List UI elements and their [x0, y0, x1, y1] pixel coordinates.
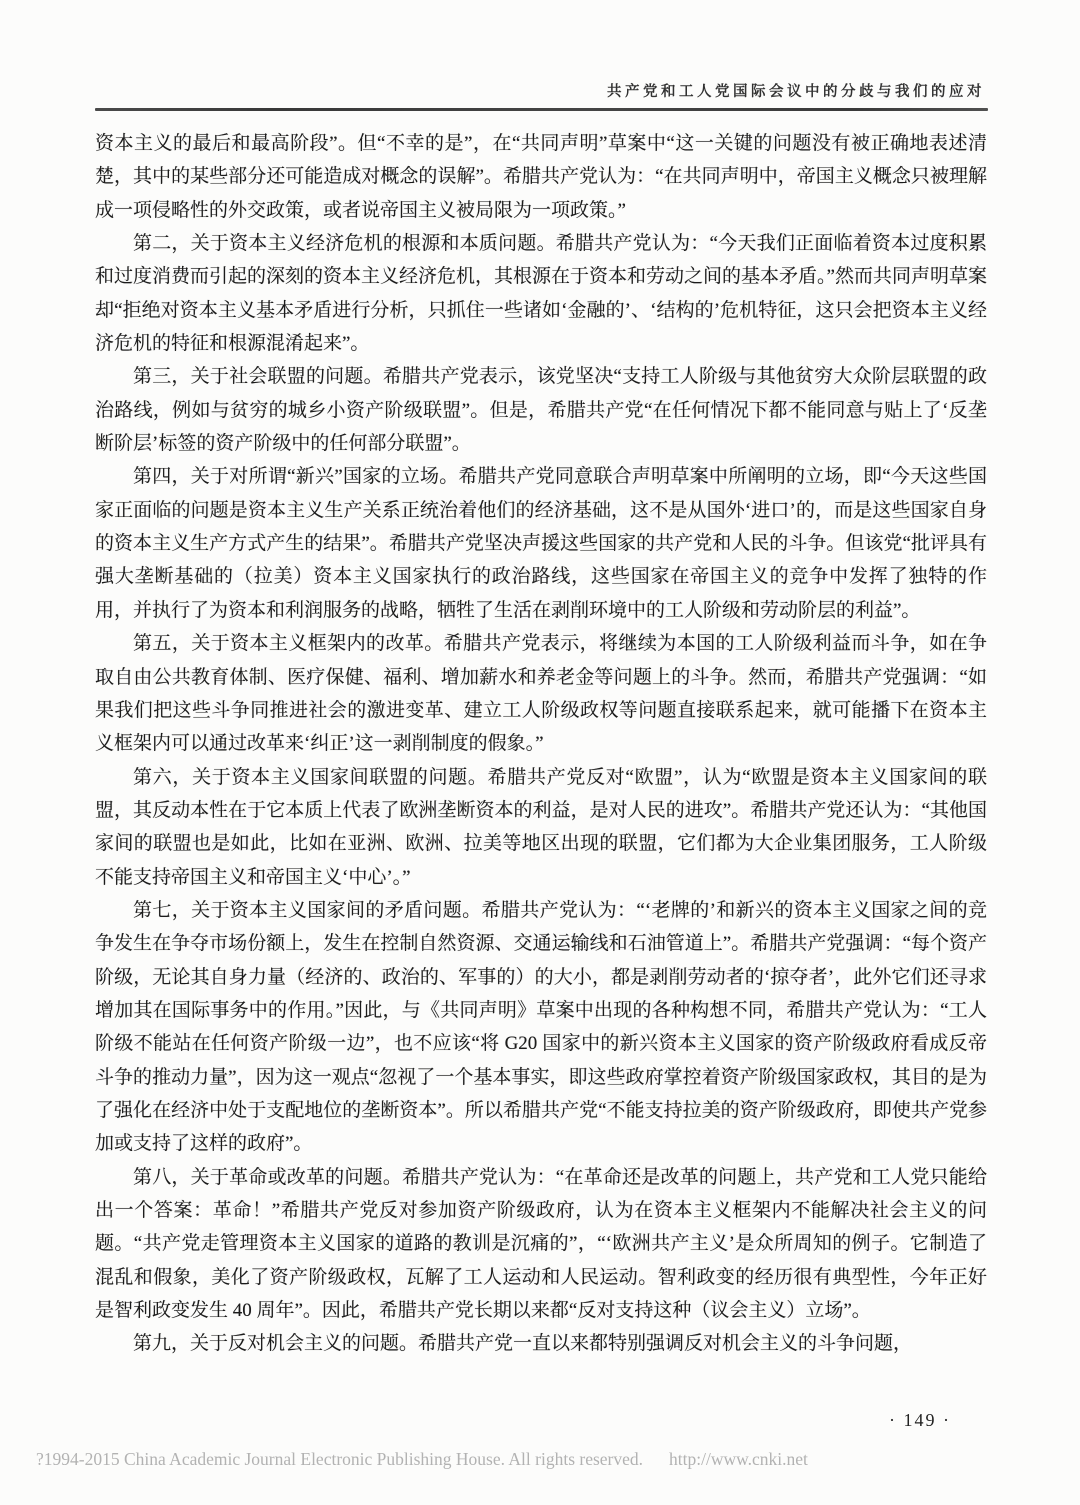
copyright-footer: ?1994-2015 China Academic Journal Electr… — [36, 1449, 1046, 1470]
paragraph-point-7: 第七，关于资本主义国家间的矛盾问题。希腊共产党认为：“‘老牌的’和新兴的资本主义… — [95, 894, 987, 1161]
journal-page: 共产党和工人党国际会议中的分歧与我们的应对 资本主义的最后和最高阶段”。但“不幸… — [0, 0, 1080, 1505]
paragraph-point-4: 第四，关于对所谓“新兴”国家的立场。希腊共产党同意联合声明草案中所阐明的立场，即… — [95, 460, 987, 627]
article-body: 资本主义的最后和最高阶段”。但“不幸的是”，在“共同声明”草案中“这一关键的问题… — [95, 127, 987, 1361]
copyright-text: ?1994-2015 China Academic Journal Electr… — [36, 1449, 643, 1469]
paragraph-point-2: 第二，关于资本主义经济危机的根源和本质问题。希腊共产党认为：“今天我们正面临着资… — [95, 227, 987, 360]
running-title: 共产党和工人党国际会议中的分歧与我们的应对 — [95, 80, 985, 101]
header-rule — [95, 108, 988, 111]
paragraph-continuation: 资本主义的最后和最高阶段”。但“不幸的是”，在“共同声明”草案中“这一关键的问题… — [95, 127, 987, 227]
paragraph-point-5: 第五，关于资本主义框架内的改革。希腊共产党表示，将继续为本国的工人阶级利益而斗争… — [95, 627, 987, 760]
paragraph-point-9: 第九，关于反对机会主义的问题。希腊共产党一直以来都特别强调反对机会主义的斗争问题… — [95, 1327, 987, 1360]
paragraph-point-3: 第三，关于社会联盟的问题。希腊共产党表示，该党坚决“支持工人阶级与其他贫穷大众阶… — [95, 360, 987, 460]
cnki-url: http://www.cnki.net — [669, 1449, 808, 1469]
page-number: · 149 · — [855, 1410, 985, 1431]
paragraph-point-8: 第八，关于革命或改革的问题。希腊共产党认为：“在革命还是改革的问题上，共产党和工… — [95, 1161, 987, 1328]
paragraph-point-6: 第六，关于资本主义国家间联盟的问题。希腊共产党反对“欧盟”，认为“欧盟是资本主义… — [95, 761, 987, 894]
